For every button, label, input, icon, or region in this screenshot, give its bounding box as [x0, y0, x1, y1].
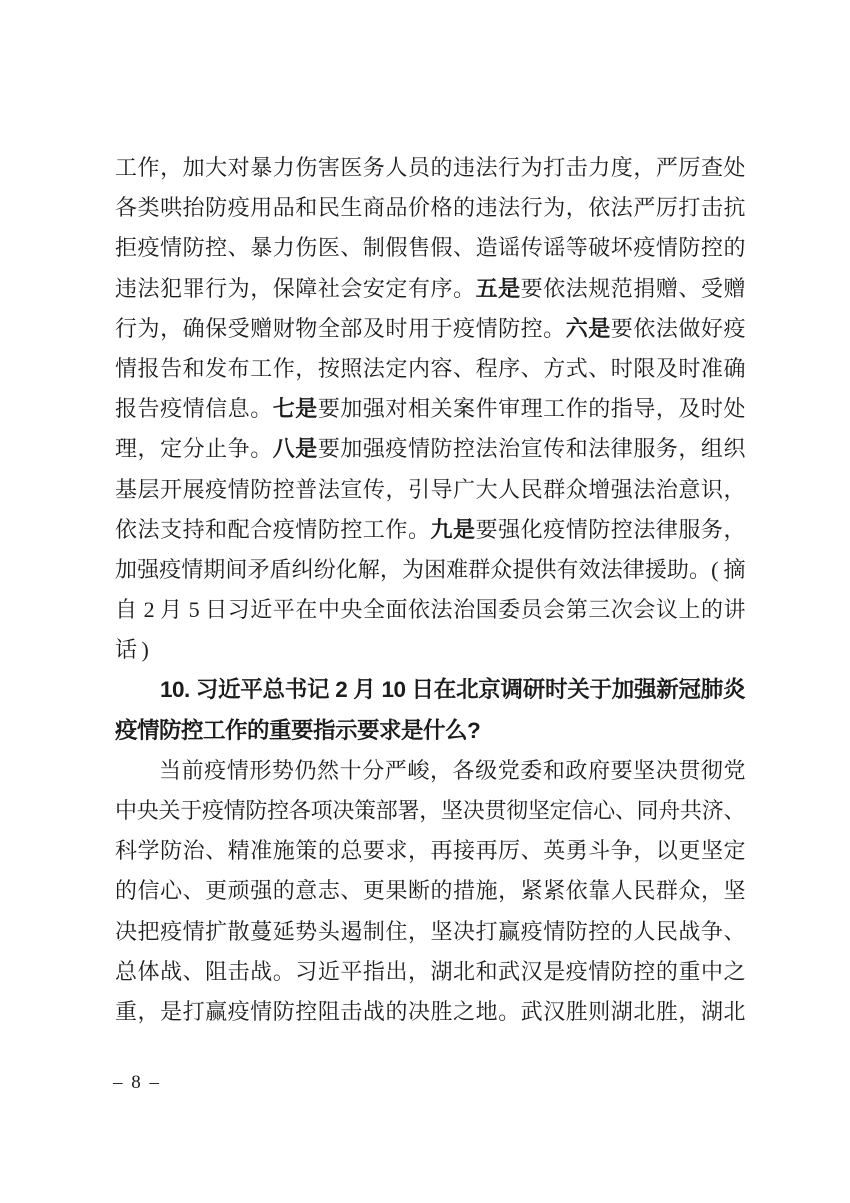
text-segment: 中央关于疫情防控各项决策部署，坚决贯彻坚定信心、同舟共济、 [115, 798, 745, 823]
citation-segment: 自 2 月 5 日习近平在中央全面依法治国委员会第三次会议上的讲 [115, 597, 745, 622]
text-segment: 总体战、阻击战。习近平指出，湖北和武汉是疫情防控的重中之 [115, 959, 745, 984]
para-rule-of-law-measures: 工作，加大对暴力伤害医务人员的违法行为打击力度，严厉查处各类哄抬防疫用品和民生商… [115, 148, 745, 670]
text-line: 违法犯罪行为，保障社会安定有序。五是要依法规范捐赠、受赠 [115, 269, 745, 309]
emphasis-segment: 六是 [566, 316, 611, 341]
text-line: 10. 习近平总书记 2 月 10 日在北京调研时关于加强新冠肺炎 [115, 670, 745, 710]
para-important-instructions: 当前疫情形势仍然十分严峻，各级党委和政府要坚决贯彻党中央关于疫情防控各项决策部署… [115, 751, 745, 1032]
text-line: 报告疫情信息。七是要加强对相关案件审理工作的指导，及时处 [115, 389, 745, 429]
text-line: 科学防治、精准施策的总要求，再接再厉、英勇斗争，以更坚定 [115, 831, 745, 871]
citation-segment: 话 ) [115, 637, 148, 662]
text-segment: 加强疫情期间矛盾纠纷化解，为困难群众提供有效法律援助。 [115, 557, 711, 582]
text-segment: 依法支持和配合疫情防控工作。 [115, 517, 431, 542]
page-number: – 8 – [113, 1072, 161, 1094]
citation-segment: ( 摘 [711, 557, 745, 582]
text-segment: 决把疫情扩散蔓延势头遏制住，坚决打赢疫情防控的人民战争、 [115, 919, 745, 944]
emphasis-segment: 九是 [431, 517, 476, 542]
emphasis-segment: 八是 [273, 436, 318, 461]
text-segment: 的信心、更顽强的意志、更果断的措施，紧紧依靠人民群众，坚 [115, 878, 745, 903]
text-line: 总体战、阻击战。习近平指出，湖北和武汉是疫情防控的重中之 [115, 952, 745, 992]
text-segment: 工作，加大对暴力伤害医务人员的违法行为打击力度，严厉查处 [115, 155, 745, 180]
text-segment: 要加强疫情防控法治宣传和法律服务，组织 [318, 436, 745, 461]
text-line: 各类哄抬防疫用品和民生商品价格的违法行为，依法严厉打击抗 [115, 188, 745, 228]
text-line: 的信心、更顽强的意志、更果断的措施，紧紧依靠人民群众，坚 [115, 871, 745, 911]
emphasis-segment: 五是 [476, 276, 521, 301]
heading-question-10: 10. 习近平总书记 2 月 10 日在北京调研时关于加强新冠肺炎疫情防控工作的… [115, 670, 745, 750]
text-segment: 重，是打赢疫情防控阻击战的决胜之地。武汉胜则湖北胜，湖北 [115, 999, 745, 1024]
text-line: 基层开展疫情防控普法宣传，引导广大人民群众增强法治意识， [115, 470, 745, 510]
text-segment: 理，定分止争。 [115, 436, 273, 461]
text-line: 情报告和发布工作，按照法定内容、程序、方式、时限及时准确 [115, 349, 745, 389]
document-page: 工作，加大对暴力伤害医务人员的违法行为打击力度，严厉查处各类哄抬防疫用品和民生商… [0, 0, 850, 1203]
text-line: 当前疫情形势仍然十分严峻，各级党委和政府要坚决贯彻党 [115, 751, 745, 791]
text-segment: 疫情防控工作的重要指示要求是什么? [115, 718, 480, 743]
text-line: 重，是打赢疫情防控阻击战的决胜之地。武汉胜则湖北胜，湖北 [115, 992, 745, 1032]
text-segment: 10. 习近平总书记 2 月 10 日在北京调研时关于加强新冠肺炎 [160, 677, 745, 702]
text-segment: 基层开展疫情防控普法宣传，引导广大人民群众增强法治意识， [115, 477, 745, 502]
text-segment: 要依法做好疫 [611, 316, 745, 341]
text-line: 理，定分止争。八是要加强疫情防控法治宣传和法律服务，组织 [115, 429, 745, 469]
text-line: 依法支持和配合疫情防控工作。九是要强化疫情防控法律服务， [115, 510, 745, 550]
text-line: 拒疫情防控、暴力伤医、制假售假、造谣传谣等破坏疫情防控的 [115, 228, 745, 268]
text-line: 自 2 月 5 日习近平在中央全面依法治国委员会第三次会议上的讲 [115, 590, 745, 630]
emphasis-segment: 七是 [273, 396, 318, 421]
text-segment: 要强化疫情防控法律服务， [476, 517, 745, 542]
text-line: 中央关于疫情防控各项决策部署，坚决贯彻坚定信心、同舟共济、 [115, 791, 745, 831]
text-line: 加强疫情期间矛盾纠纷化解，为困难群众提供有效法律援助。( 摘 [115, 550, 745, 590]
text-segment: 情报告和发布工作，按照法定内容、程序、方式、时限及时准确 [115, 356, 745, 381]
text-line: 疫情防控工作的重要指示要求是什么? [115, 711, 745, 751]
text-line: 工作，加大对暴力伤害医务人员的违法行为打击力度，严厉查处 [115, 148, 745, 188]
text-segment: 当前疫情形势仍然十分严峻，各级党委和政府要坚决贯彻党 [159, 758, 745, 783]
text-segment: 报告疫情信息。 [115, 396, 273, 421]
text-segment: 要加强对相关案件审理工作的指导，及时处 [318, 396, 745, 421]
text-segment: 各类哄抬防疫用品和民生商品价格的违法行为，依法严厉打击抗 [115, 195, 745, 220]
text-segment: 拒疫情防控、暴力伤医、制假售假、造谣传谣等破坏疫情防控的 [115, 235, 745, 260]
text-segment: 要依法规范捐赠、受赠 [521, 276, 745, 301]
text-segment: 科学防治、精准施策的总要求，再接再厉、英勇斗争，以更坚定 [115, 838, 745, 863]
text-line: 话 ) [115, 630, 745, 670]
text-segment: 行为，确保受赠财物全部及时用于疫情防控。 [115, 316, 566, 341]
text-line: 决把疫情扩散蔓延势头遏制住，坚决打赢疫情防控的人民战争、 [115, 912, 745, 952]
text-segment: 违法犯罪行为，保障社会安定有序。 [115, 276, 476, 301]
document-body: 工作，加大对暴力伤害医务人员的违法行为打击力度，严厉查处各类哄抬防疫用品和民生商… [115, 148, 745, 1032]
text-line: 行为，确保受赠财物全部及时用于疫情防控。六是要依法做好疫 [115, 309, 745, 349]
